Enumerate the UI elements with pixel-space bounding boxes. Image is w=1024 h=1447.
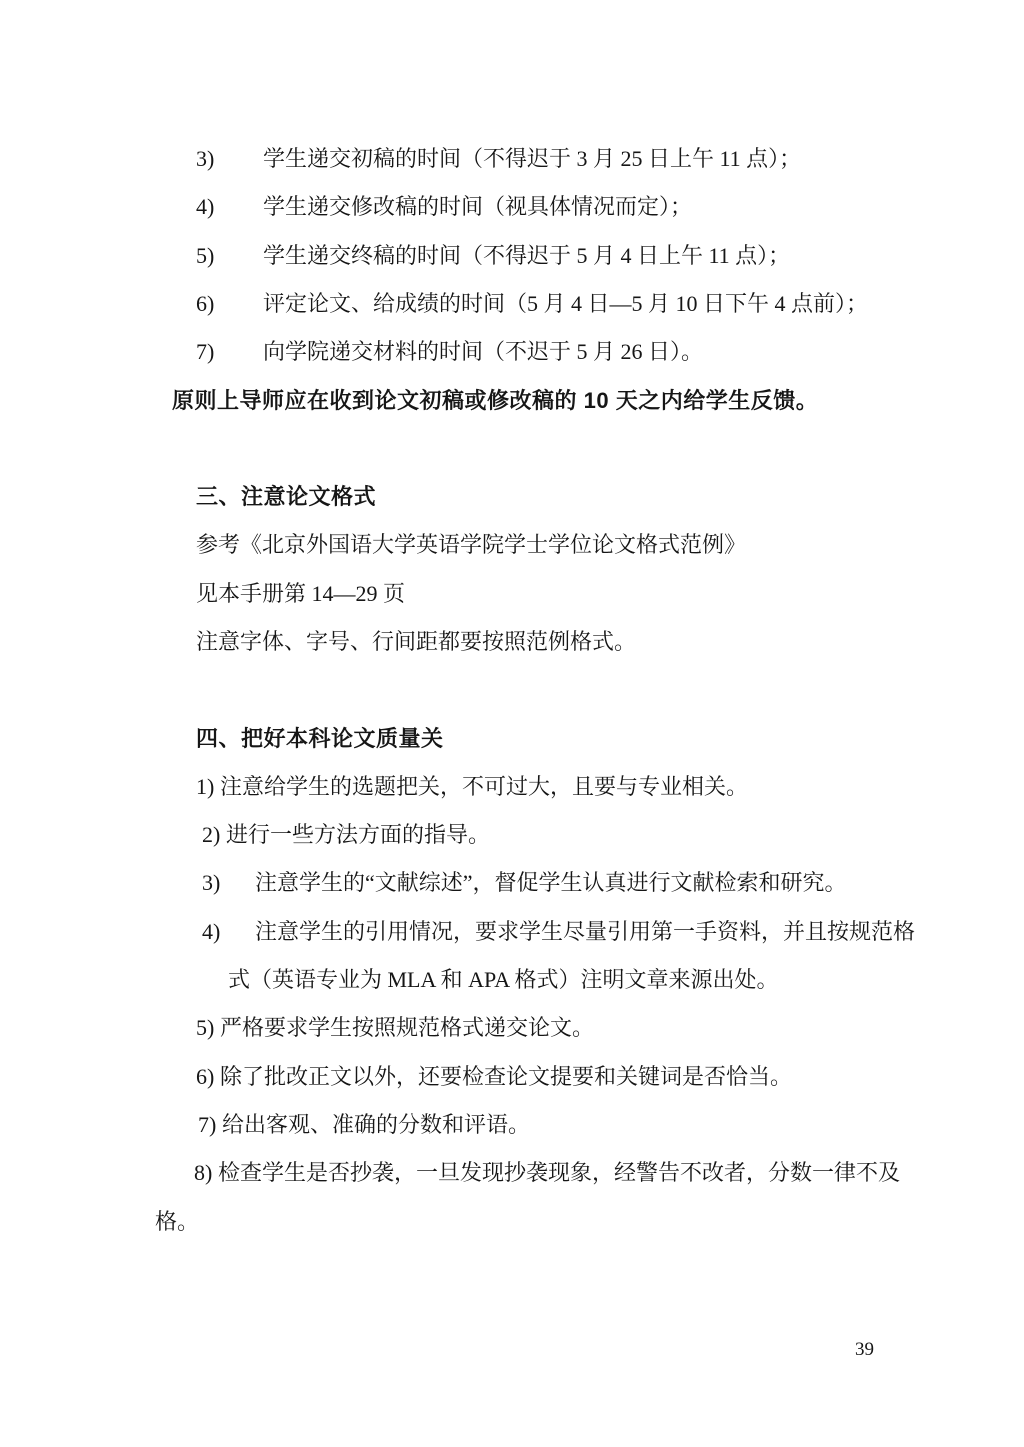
item-number: 7) [196,338,263,366]
item-number: 5) [196,242,263,270]
section-three-heading: 三、注意论文格式 [196,483,376,511]
schedule-item-4: 4)学生递交修改稿的时间（视具体情况而定）； [196,193,692,221]
quality-item-7: 7)给出客观、准确的分数和评语。 [198,1111,530,1139]
format-note-line: 注意字体、字号、行间距都要按照范例格式。 [196,628,636,656]
quality-item-1: 1)注意给学生的选题把关，不可过大，且要与专业相关。 [196,773,748,801]
document-page: 3)学生递交初稿的时间（不得迟于 3 月 25 日上午 11 点）； 4)学生递… [0,0,1024,1447]
item-number: 8) [194,1159,218,1187]
quality-item-3: 3)注意学生的“文献综述”，督促学生认真进行文献检索和研究。 [202,869,847,897]
quality-item-8: 8)检查学生是否抄袭，一旦发现抄袭现象，经警告不改者，分数一律不及 [194,1159,900,1187]
item-number: 6) [196,1063,220,1091]
item-text: 严格要求学生按照规范格式递交论文。 [220,1015,594,1040]
item-number: 2) [202,821,226,849]
item-number: 3) [202,869,255,897]
item-text: 注意学生的“文献综述”，督促学生认真进行文献检索和研究。 [255,870,847,895]
quality-item-2: 2)进行一些方法方面的指导。 [202,821,490,849]
item-text: 注意给学生的选题把关，不可过大，且要与专业相关。 [220,774,748,799]
item-number: 1) [196,773,220,801]
quality-item-4-continuation: 式（英语专业为 MLA 和 APA 格式）注明文章来源出处。 [228,966,778,994]
item-number: 5) [196,1014,220,1042]
schedule-item-3: 3)学生递交初稿的时间（不得迟于 3 月 25 日上午 11 点）； [196,145,801,173]
item-text: 检查学生是否抄袭，一旦发现抄袭现象，经警告不改者，分数一律不及 [218,1160,900,1185]
item-text: 评定论文、给成绩的时间（5 月 4 日—5 月 10 日下午 4 点前）； [263,291,868,316]
supervisor-feedback-note: 原则上导师应在收到论文初稿或修改稿的 10 天之内给学生反馈。 [172,387,818,415]
item-text: 学生递交初稿的时间（不得迟于 3 月 25 日上午 11 点）； [263,146,801,171]
format-reference-line: 参考《北京外国语大学英语学院学士学位论文格式范例》 [196,531,746,559]
item-number: 4) [196,193,263,221]
item-text: 注意学生的引用情况，要求学生尽量引用第一手资料，并且按规范格 [255,919,915,944]
schedule-item-6: 6)评定论文、给成绩的时间（5 月 4 日—5 月 10 日下午 4 点前）； [196,290,868,318]
quality-item-4: 4)注意学生的引用情况，要求学生尽量引用第一手资料，并且按规范格 [202,918,915,946]
item-text: 学生递交终稿的时间（不得迟于 5 月 4 日上午 11 点）； [263,243,790,268]
item-text: 向学院递交材料的时间（不迟于 5 月 26 日）。 [263,339,703,364]
item-number: 4) [202,918,255,946]
page-number: 39 [855,1339,874,1361]
item-text: 除了批改正文以外，还要检查论文提要和关键词是否恰当。 [220,1064,792,1089]
schedule-item-5: 5)学生递交终稿的时间（不得迟于 5 月 4 日上午 11 点）； [196,242,790,270]
item-number: 6) [196,290,263,318]
quality-item-8-continuation: 格。 [155,1208,199,1236]
quality-item-5: 5)严格要求学生按照规范格式递交论文。 [196,1014,594,1042]
section-four-heading: 四、把好本科论文质量关 [196,725,444,753]
page-range-line: 见本手册第 14—29 页 [196,580,405,608]
item-text: 学生递交修改稿的时间（视具体情况而定）； [263,194,692,219]
item-text: 进行一些方法方面的指导。 [226,822,490,847]
item-text: 给出客观、准确的分数和评语。 [222,1112,530,1137]
quality-item-6: 6)除了批改正文以外，还要检查论文提要和关键词是否恰当。 [196,1063,792,1091]
item-number: 3) [196,145,263,173]
item-number: 7) [198,1111,222,1139]
schedule-item-7: 7)向学院递交材料的时间（不迟于 5 月 26 日）。 [196,338,703,366]
